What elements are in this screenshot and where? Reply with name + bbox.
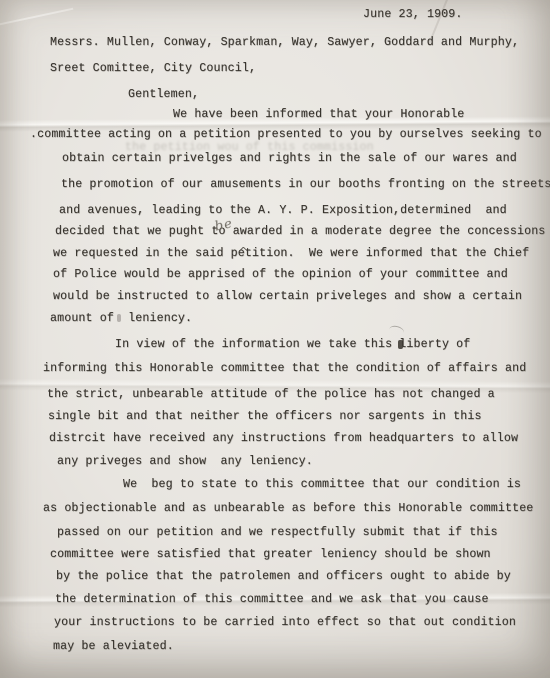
body-line-16: as objectionable and as unbearable as be…	[43, 502, 533, 516]
body-line-4: and avenues, leading to the A. Y. P. Exp…	[59, 204, 507, 218]
body-line-1: .committee acting on a petition presente…	[30, 128, 542, 142]
body-line-20: the determination of this committee and …	[55, 593, 489, 607]
body-line-8: amount of leniency.	[50, 312, 192, 326]
body-line-21: your instructions to be carried into eff…	[54, 616, 516, 630]
body-line-15: We beg to state to this committee that o…	[123, 478, 521, 492]
body-line-10: informing this Honorable committee that …	[43, 362, 526, 376]
letter-page: June 23, 1909. Messrs. Mullen, Conway, S…	[0, 0, 550, 678]
body-line-2: obtain certain privelges and rights in t…	[62, 152, 517, 166]
committee-line: Sreet Comittee, City Council,	[50, 62, 256, 76]
paper-crease-corner-left	[0, 8, 73, 27]
body-line-6: of Police would be apprised of the opini…	[53, 268, 508, 282]
body-line-5: we requested in the said petition. We we…	[53, 247, 529, 261]
recipients-line: Messrs. Mullen, Conway, Sparkman, Way, S…	[50, 36, 519, 50]
body-line-14: any priveges and show any leniency.	[57, 455, 313, 469]
body-line-22: may be aleviated.	[53, 640, 174, 654]
body-line-17: passed on our petition and we respectful…	[57, 526, 498, 540]
salutation-line: Gentlemen,	[128, 88, 199, 102]
pencil-mark	[388, 324, 405, 337]
body-line-7: would be instructed to allow certain pri…	[53, 290, 522, 304]
body-line-decided: decided that we pught to be^awarded in a…	[55, 225, 545, 239]
body-line-12: single bit and that neither the officers…	[48, 410, 482, 424]
decided-after-text: awarded in a moderate degree the concess…	[233, 225, 546, 238]
body-line-13: distrcit have received any instructions …	[49, 432, 518, 446]
body-line-0: We have been informed that your Honorabl…	[173, 108, 464, 122]
body-line-9: In view of the information we take this …	[115, 338, 470, 352]
body-line-3: the promotion of our amusements in our b…	[61, 178, 550, 192]
date-line: June 23, 1909.	[363, 8, 463, 22]
decided-before-text: decided that we pught to	[55, 225, 233, 238]
body-line-19: by the police that the patrolemen and of…	[56, 570, 511, 584]
body-line-11: the strict, unbearable attitude of the p…	[47, 388, 495, 402]
body-line-18: committee were satisfied that greater le…	[50, 548, 491, 562]
